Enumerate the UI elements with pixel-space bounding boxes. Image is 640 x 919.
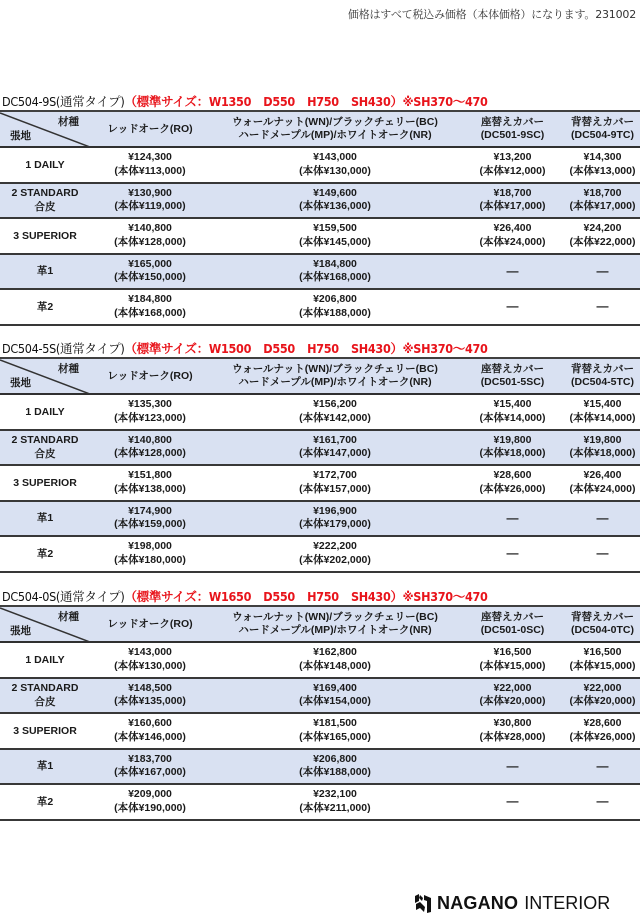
price-cell-wn: ¥222,200(本体¥202,000) (210, 536, 460, 572)
seat-cover-label: 座替えカバー (460, 116, 565, 129)
col-seat-cover: 座替えカバー(DC501-5SC) (460, 358, 565, 394)
price-base: (本体¥123,000) (90, 412, 210, 426)
fabric-grade: 革2 (0, 536, 90, 572)
nagano-interior-logo: NAGANO INTERIOR (413, 892, 610, 914)
price-cell-ro: ¥209,000(本体¥190,000) (90, 784, 210, 820)
price-cell-wn: ¥172,700(本体¥157,000) (210, 465, 460, 501)
price-with-tax: ¥143,000 (210, 151, 460, 165)
price-base: (本体¥188,000) (210, 307, 460, 321)
seat-cover-code: (DC501-9SC) (460, 129, 565, 142)
fabric-subname: 合皮 (0, 695, 90, 709)
price-with-tax: ¥19,800 (460, 434, 565, 448)
price-table: 材種張地レッドオーク(RO)ウォールナット(WN)/ブラックチェリー(BC)ハー… (0, 110, 640, 326)
price-cell-ro: ¥130,900(本体¥119,000) (90, 183, 210, 219)
col-seat-cover: 座替えカバー(DC501-0SC) (460, 606, 565, 642)
fabric-grade: 革1 (0, 749, 90, 785)
price-with-tax: ¥232,100 (210, 788, 460, 802)
price-cell-back: ¥24,200(本体¥22,000) (565, 218, 640, 254)
price-with-tax: ¥209,000 (90, 788, 210, 802)
price-cell-back: ¥26,400(本体¥24,000) (565, 465, 640, 501)
fabric-label: 張地 (10, 377, 31, 390)
price-base: (本体¥190,000) (90, 802, 210, 816)
price-with-tax: ¥172,700 (210, 469, 460, 483)
model-name: DC504-9S(通常タイプ) (2, 94, 124, 109)
model-name: DC504-5S(通常タイプ) (2, 341, 124, 356)
price-cell-seat: ¥22,000(本体¥20,000) (460, 678, 565, 714)
price-with-tax: — (460, 300, 565, 314)
price-with-tax: — (565, 547, 640, 561)
seat-cover-code: (DC501-5SC) (460, 376, 565, 389)
price-cell-back: — (565, 784, 640, 820)
walnut-label-2: ハードメープル(MP)/ホワイトオーク(NR) (210, 376, 460, 389)
price-with-tax: ¥14,300 (565, 151, 640, 165)
price-with-tax: ¥22,000 (460, 682, 565, 696)
price-with-tax: ¥165,000 (90, 258, 210, 272)
price-cell-seat: ¥13,200(本体¥12,000) (460, 147, 565, 183)
price-base: (本体¥22,000) (565, 236, 640, 250)
fabric-name: 1 DAILY (0, 653, 90, 667)
price-cell-back: ¥14,300(本体¥13,000) (565, 147, 640, 183)
price-with-tax: ¥206,800 (210, 293, 460, 307)
price-base: (本体¥157,000) (210, 483, 460, 497)
fabric-name: 1 DAILY (0, 405, 90, 419)
fabric-name: 革1 (0, 511, 90, 525)
price-cell-seat: ¥19,800(本体¥18,000) (460, 430, 565, 466)
fabric-name: 2 STANDARD (0, 433, 90, 447)
price-with-tax: ¥124,300 (90, 151, 210, 165)
walnut-label-1: ウォールナット(WN)/ブラックチェリー(BC) (210, 363, 460, 376)
price-base: (本体¥26,000) (565, 731, 640, 745)
standard-size: （標準サイズ：W1650 D550 H750 SH430）※SH370～470 (124, 589, 487, 604)
price-cell-back: — (565, 749, 640, 785)
price-with-tax: ¥26,400 (460, 222, 565, 236)
seat-cover-label: 座替えカバー (460, 611, 565, 624)
col-red-oak: レッドオーク(RO) (90, 111, 210, 147)
price-cell-wn: ¥162,800(本体¥148,000) (210, 642, 460, 678)
price-cell-back: ¥16,500(本体¥15,000) (565, 642, 640, 678)
price-cell-seat: ¥26,400(本体¥24,000) (460, 218, 565, 254)
fabric-grade: 3 SUPERIOR (0, 465, 90, 501)
corner-header: 材種張地 (0, 606, 90, 642)
price-base: (本体¥180,000) (90, 554, 210, 568)
price-base: (本体¥135,000) (90, 695, 210, 709)
price-base: (本体¥119,000) (90, 200, 210, 214)
fabric-name: 革1 (0, 264, 90, 278)
table-row: 革2¥209,000(本体¥190,000)¥232,100(本体¥211,00… (0, 784, 640, 820)
price-with-tax: — (460, 547, 565, 561)
price-base: (本体¥202,000) (210, 554, 460, 568)
fabric-name: 革2 (0, 795, 90, 809)
table-row: 革1¥165,000(本体¥150,000)¥184,800(本体¥168,00… (0, 254, 640, 290)
price-with-tax: ¥181,500 (210, 717, 460, 731)
table-header-row: 材種張地レッドオーク(RO)ウォールナット(WN)/ブラックチェリー(BC)ハー… (0, 111, 640, 147)
price-with-tax: ¥184,800 (90, 293, 210, 307)
price-cell-ro: ¥174,900(本体¥159,000) (90, 501, 210, 537)
fabric-grade: 1 DAILY (0, 147, 90, 183)
price-cell-seat: — (460, 289, 565, 325)
fabric-name: 3 SUPERIOR (0, 229, 90, 243)
fabric-grade: 3 SUPERIOR (0, 218, 90, 254)
price-cell-wn: ¥149,600(本体¥136,000) (210, 183, 460, 219)
price-base: (本体¥159,000) (90, 518, 210, 532)
fabric-grade: 2 STANDARD合皮 (0, 430, 90, 466)
price-cell-wn: ¥232,100(本体¥211,000) (210, 784, 460, 820)
price-base: (本体¥15,000) (460, 660, 565, 674)
back-cover-code: (DC504-9TC) (565, 129, 640, 142)
price-cell-ro: ¥165,000(本体¥150,000) (90, 254, 210, 290)
nagano-logo-mark-icon (413, 892, 433, 914)
fabric-subname: 合皮 (0, 447, 90, 461)
price-cell-back: — (565, 254, 640, 290)
price-base: (本体¥18,000) (460, 447, 565, 461)
price-base: (本体¥154,000) (210, 695, 460, 709)
price-with-tax: — (565, 760, 640, 774)
fabric-grade: 革1 (0, 501, 90, 537)
price-cell-wn: ¥206,800(本体¥188,000) (210, 289, 460, 325)
fabric-label: 張地 (10, 625, 31, 638)
seat-cover-label: 座替えカバー (460, 363, 565, 376)
price-with-tax: ¥183,700 (90, 753, 210, 767)
fabric-grade: 2 STANDARD合皮 (0, 678, 90, 714)
section-title: DC504-5S(通常タイプ)（標準サイズ：W1500 D550 H750 SH… (2, 342, 488, 356)
standard-size: （標準サイズ：W1500 D550 H750 SH430）※SH370～470 (124, 341, 487, 356)
price-base: (本体¥15,000) (565, 660, 640, 674)
price-with-tax: ¥30,800 (460, 717, 565, 731)
price-cell-seat: — (460, 784, 565, 820)
price-cell-wn: ¥184,800(本体¥168,000) (210, 254, 460, 290)
price-base: (本体¥179,000) (210, 518, 460, 532)
price-cell-wn: ¥161,700(本体¥147,000) (210, 430, 460, 466)
price-with-tax: — (565, 795, 640, 809)
price-base: (本体¥145,000) (210, 236, 460, 250)
table-row: 革1¥183,700(本体¥167,000)¥206,800(本体¥188,00… (0, 749, 640, 785)
price-base: (本体¥130,000) (90, 660, 210, 674)
price-cell-seat: — (460, 501, 565, 537)
price-with-tax: ¥222,200 (210, 540, 460, 554)
table-row: 3 SUPERIOR¥151,800(本体¥138,000)¥172,700(本… (0, 465, 640, 501)
price-with-tax: — (565, 300, 640, 314)
price-with-tax: — (565, 265, 640, 279)
standard-size: （標準サイズ：W1350 D550 H750 SH430）※SH370～470 (124, 94, 487, 109)
fabric-grade: 1 DAILY (0, 642, 90, 678)
brand-suffix: INTERIOR (524, 893, 610, 914)
price-base: (本体¥146,000) (90, 731, 210, 745)
material-label: 材種 (58, 363, 79, 376)
table-row: 1 DAILY¥143,000(本体¥130,000)¥162,800(本体¥1… (0, 642, 640, 678)
price-cell-ro: ¥184,800(本体¥168,000) (90, 289, 210, 325)
price-table: 材種張地レッドオーク(RO)ウォールナット(WN)/ブラックチェリー(BC)ハー… (0, 605, 640, 821)
price-base: (本体¥20,000) (565, 695, 640, 709)
price-with-tax: ¥149,600 (210, 187, 460, 201)
price-cell-seat: ¥15,400(本体¥14,000) (460, 394, 565, 430)
price-cell-ro: ¥148,500(本体¥135,000) (90, 678, 210, 714)
table-row: 革2¥184,800(本体¥168,000)¥206,800(本体¥188,00… (0, 289, 640, 325)
fabric-name: 3 SUPERIOR (0, 724, 90, 738)
col-back-cover: 背替えカバー(DC504-0TC) (565, 606, 640, 642)
price-with-tax: — (460, 265, 565, 279)
price-cell-ro: ¥143,000(本体¥130,000) (90, 642, 210, 678)
back-cover-label: 背替えカバー (565, 363, 640, 376)
price-cell-wn: ¥159,500(本体¥145,000) (210, 218, 460, 254)
walnut-label-1: ウォールナット(WN)/ブラックチェリー(BC) (210, 611, 460, 624)
price-cell-wn: ¥181,500(本体¥165,000) (210, 713, 460, 749)
price-base: (本体¥113,000) (90, 165, 210, 179)
section-title: DC504-9S(通常タイプ)（標準サイズ：W1350 D550 H750 SH… (2, 95, 488, 109)
price-base: (本体¥12,000) (460, 165, 565, 179)
price-cell-back: ¥22,000(本体¥20,000) (565, 678, 640, 714)
price-with-tax: ¥196,900 (210, 505, 460, 519)
price-with-tax: ¥135,300 (90, 398, 210, 412)
price-base: (本体¥24,000) (460, 236, 565, 250)
col-red-oak: レッドオーク(RO) (90, 606, 210, 642)
price-with-tax: ¥156,200 (210, 398, 460, 412)
price-with-tax: ¥15,400 (460, 398, 565, 412)
col-back-cover: 背替えカバー(DC504-5TC) (565, 358, 640, 394)
section-title: DC504-0S(通常タイプ)（標準サイズ：W1650 D550 H750 SH… (2, 590, 488, 604)
price-note: 価格はすべて税込み価格（本体価格）になります。231002 (348, 6, 636, 22)
price-with-tax: ¥18,700 (565, 187, 640, 201)
price-base: (本体¥130,000) (210, 165, 460, 179)
price-cell-seat: — (460, 749, 565, 785)
price-base: (本体¥17,000) (460, 200, 565, 214)
price-cell-wn: ¥169,400(本体¥154,000) (210, 678, 460, 714)
price-cell-wn: ¥143,000(本体¥130,000) (210, 147, 460, 183)
table-row: 3 SUPERIOR¥160,600(本体¥146,000)¥181,500(本… (0, 713, 640, 749)
seat-cover-code: (DC501-0SC) (460, 624, 565, 637)
price-cell-back: — (565, 501, 640, 537)
price-with-tax: — (460, 512, 565, 526)
price-cell-ro: ¥151,800(本体¥138,000) (90, 465, 210, 501)
price-with-tax: ¥143,000 (90, 646, 210, 660)
col-seat-cover: 座替えカバー(DC501-9SC) (460, 111, 565, 147)
price-base: (本体¥167,000) (90, 766, 210, 780)
price-cell-seat: — (460, 254, 565, 290)
price-cell-back: — (565, 536, 640, 572)
price-base: (本体¥150,000) (90, 271, 210, 285)
price-base: (本体¥168,000) (90, 307, 210, 321)
price-with-tax: ¥174,900 (90, 505, 210, 519)
price-with-tax: ¥28,600 (565, 717, 640, 731)
back-cover-code: (DC504-0TC) (565, 624, 640, 637)
price-cell-ro: ¥124,300(本体¥113,000) (90, 147, 210, 183)
price-base: (本体¥14,000) (565, 412, 640, 426)
price-cell-back: ¥28,600(本体¥26,000) (565, 713, 640, 749)
price-cell-seat: — (460, 536, 565, 572)
price-with-tax: ¥16,500 (565, 646, 640, 660)
fabric-grade: 1 DAILY (0, 394, 90, 430)
price-with-tax: ¥198,000 (90, 540, 210, 554)
price-cell-seat: ¥30,800(本体¥28,000) (460, 713, 565, 749)
price-with-tax: — (460, 795, 565, 809)
fabric-name: 革2 (0, 547, 90, 561)
col-walnut-group: ウォールナット(WN)/ブラックチェリー(BC)ハードメープル(MP)/ホワイト… (210, 111, 460, 147)
price-with-tax: ¥19,800 (565, 434, 640, 448)
price-with-tax: ¥184,800 (210, 258, 460, 272)
fabric-name: 1 DAILY (0, 158, 90, 172)
fabric-grade: 2 STANDARD合皮 (0, 183, 90, 219)
back-cover-code: (DC504-5TC) (565, 376, 640, 389)
table-row: 1 DAILY¥124,300(本体¥113,000)¥143,000(本体¥1… (0, 147, 640, 183)
back-cover-label: 背替えカバー (565, 611, 640, 624)
price-with-tax: ¥140,800 (90, 222, 210, 236)
price-with-tax: ¥26,400 (565, 469, 640, 483)
table-row: 革1¥174,900(本体¥159,000)¥196,900(本体¥179,00… (0, 501, 640, 537)
price-cell-seat: ¥16,500(本体¥15,000) (460, 642, 565, 678)
fabric-grade: 革2 (0, 784, 90, 820)
table-row: 1 DAILY¥135,300(本体¥123,000)¥156,200(本体¥1… (0, 394, 640, 430)
price-with-tax: ¥130,900 (90, 187, 210, 201)
fabric-name: 革1 (0, 759, 90, 773)
fabric-name: 2 STANDARD (0, 186, 90, 200)
walnut-label-2: ハードメープル(MP)/ホワイトオーク(NR) (210, 129, 460, 142)
price-with-tax: ¥15,400 (565, 398, 640, 412)
price-with-tax: ¥24,200 (565, 222, 640, 236)
price-with-tax: ¥13,200 (460, 151, 565, 165)
price-cell-wn: ¥156,200(本体¥142,000) (210, 394, 460, 430)
price-cell-seat: ¥28,600(本体¥26,000) (460, 465, 565, 501)
price-with-tax: ¥148,500 (90, 682, 210, 696)
price-cell-wn: ¥196,900(本体¥179,000) (210, 501, 460, 537)
price-base: (本体¥168,000) (210, 271, 460, 285)
table-header-row: 材種張地レッドオーク(RO)ウォールナット(WN)/ブラックチェリー(BC)ハー… (0, 358, 640, 394)
walnut-label-2: ハードメープル(MP)/ホワイトオーク(NR) (210, 624, 460, 637)
price-with-tax: ¥16,500 (460, 646, 565, 660)
price-cell-ro: ¥135,300(本体¥123,000) (90, 394, 210, 430)
price-base: (本体¥138,000) (90, 483, 210, 497)
price-table: 材種張地レッドオーク(RO)ウォールナット(WN)/ブラックチェリー(BC)ハー… (0, 357, 640, 573)
price-cell-back: ¥18,700(本体¥17,000) (565, 183, 640, 219)
price-with-tax: ¥151,800 (90, 469, 210, 483)
price-base: (本体¥136,000) (210, 200, 460, 214)
price-cell-back: — (565, 289, 640, 325)
price-base: (本体¥211,000) (210, 802, 460, 816)
col-walnut-group: ウォールナット(WN)/ブラックチェリー(BC)ハードメープル(MP)/ホワイト… (210, 358, 460, 394)
table-row: 2 STANDARD合皮¥148,500(本体¥135,000)¥169,400… (0, 678, 640, 714)
price-base: (本体¥128,000) (90, 447, 210, 461)
price-cell-back: ¥15,400(本体¥14,000) (565, 394, 640, 430)
material-label: 材種 (58, 116, 79, 129)
fabric-name: 2 STANDARD (0, 681, 90, 695)
back-cover-label: 背替えカバー (565, 116, 640, 129)
walnut-label-1: ウォールナット(WN)/ブラックチェリー(BC) (210, 116, 460, 129)
corner-header: 材種張地 (0, 358, 90, 394)
price-cell-ro: ¥140,800(本体¥128,000) (90, 430, 210, 466)
price-with-tax: ¥162,800 (210, 646, 460, 660)
fabric-name: 革2 (0, 300, 90, 314)
table-row: 2 STANDARD合皮¥140,800(本体¥128,000)¥161,700… (0, 430, 640, 466)
price-with-tax: ¥160,600 (90, 717, 210, 731)
price-base: (本体¥14,000) (460, 412, 565, 426)
price-base: (本体¥13,000) (565, 165, 640, 179)
price-base: (本体¥142,000) (210, 412, 460, 426)
price-cell-ro: ¥160,600(本体¥146,000) (90, 713, 210, 749)
price-with-tax: ¥18,700 (460, 187, 565, 201)
fabric-grade: 革1 (0, 254, 90, 290)
col-red-oak: レッドオーク(RO) (90, 358, 210, 394)
price-base: (本体¥20,000) (460, 695, 565, 709)
fabric-subname: 合皮 (0, 200, 90, 214)
price-base: (本体¥188,000) (210, 766, 460, 780)
table-header-row: 材種張地レッドオーク(RO)ウォールナット(WN)/ブラックチェリー(BC)ハー… (0, 606, 640, 642)
price-with-tax: ¥169,400 (210, 682, 460, 696)
fabric-grade: 革2 (0, 289, 90, 325)
material-label: 材種 (58, 611, 79, 624)
price-with-tax: — (460, 760, 565, 774)
price-base: (本体¥24,000) (565, 483, 640, 497)
price-cell-ro: ¥140,800(本体¥128,000) (90, 218, 210, 254)
price-base: (本体¥128,000) (90, 236, 210, 250)
brand-name: NAGANO (437, 893, 518, 914)
table-row: 革2¥198,000(本体¥180,000)¥222,200(本体¥202,00… (0, 536, 640, 572)
price-base: (本体¥26,000) (460, 483, 565, 497)
fabric-label: 張地 (10, 130, 31, 143)
price-base: (本体¥28,000) (460, 731, 565, 745)
price-base: (本体¥147,000) (210, 447, 460, 461)
price-with-tax: — (565, 512, 640, 526)
price-cell-ro: ¥198,000(本体¥180,000) (90, 536, 210, 572)
price-cell-back: ¥19,800(本体¥18,000) (565, 430, 640, 466)
price-with-tax: ¥22,000 (565, 682, 640, 696)
price-cell-wn: ¥206,800(本体¥188,000) (210, 749, 460, 785)
col-walnut-group: ウォールナット(WN)/ブラックチェリー(BC)ハードメープル(MP)/ホワイト… (210, 606, 460, 642)
fabric-name: 3 SUPERIOR (0, 476, 90, 490)
price-base: (本体¥148,000) (210, 660, 460, 674)
price-base: (本体¥17,000) (565, 200, 640, 214)
price-cell-seat: ¥18,700(本体¥17,000) (460, 183, 565, 219)
col-back-cover: 背替えカバー(DC504-9TC) (565, 111, 640, 147)
price-with-tax: ¥159,500 (210, 222, 460, 236)
table-row: 3 SUPERIOR¥140,800(本体¥128,000)¥159,500(本… (0, 218, 640, 254)
price-with-tax: ¥140,800 (90, 434, 210, 448)
corner-header: 材種張地 (0, 111, 90, 147)
price-base: (本体¥165,000) (210, 731, 460, 745)
model-name: DC504-0S(通常タイプ) (2, 589, 124, 604)
price-with-tax: ¥28,600 (460, 469, 565, 483)
fabric-grade: 3 SUPERIOR (0, 713, 90, 749)
price-cell-ro: ¥183,700(本体¥167,000) (90, 749, 210, 785)
price-base: (本体¥18,000) (565, 447, 640, 461)
table-row: 2 STANDARD合皮¥130,900(本体¥119,000)¥149,600… (0, 183, 640, 219)
price-with-tax: ¥161,700 (210, 434, 460, 448)
price-with-tax: ¥206,800 (210, 753, 460, 767)
